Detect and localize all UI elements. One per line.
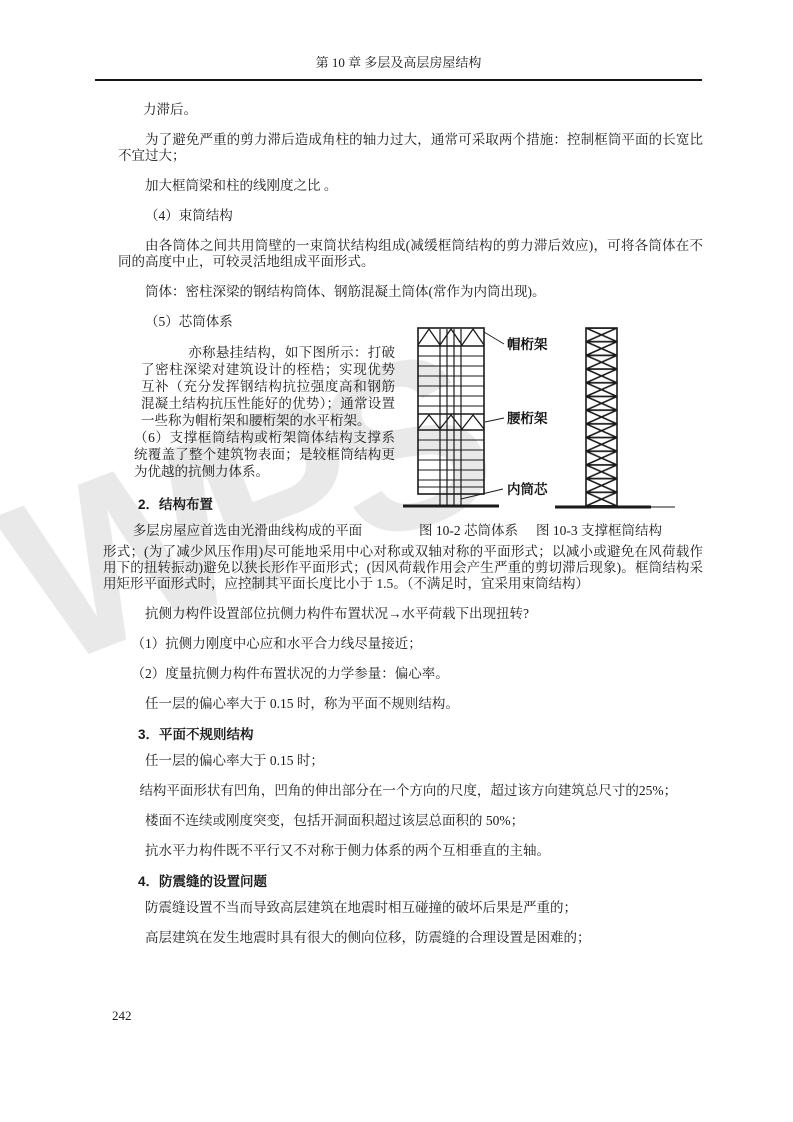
braced-tube-diagram	[555, 328, 675, 507]
figure-core-and-braced-tube: 帽桁架 腰桁架 内筒芯 图 10-2 芯筒体系 图 10-3 支撑框筒结构	[403, 318, 703, 540]
inner-core-label: 内筒芯	[507, 481, 548, 497]
figure-caption-10-3: 图 10-3 支撑框筒结构	[536, 522, 662, 540]
core-tube-diagram	[403, 328, 499, 506]
paragraph-bundled-tube: 由各筒体之间共用筒壁的一束筒状结构组成(减缓框筒结构的剪力滞后效应)，可将各筒体…	[118, 238, 703, 270]
structure-diagrams: 帽桁架 腰桁架 内筒芯	[403, 318, 703, 518]
paragraph-plan-shape-rest: 形式；(为了减少风压作用)尽可能地采用中心对称或双轴对称的平面形式；以减小或避免…	[103, 544, 703, 592]
subheading-bundled-tube: （4）束筒结构	[118, 208, 703, 224]
paragraph-item-2: （2）度量抗侧力构件布置状况的力学参量：偏心率。	[118, 666, 703, 682]
paragraph-eccentricity-2: 任一层的偏心率大于 0.15 时；	[118, 753, 703, 769]
chapter-header-title: 第 10 章 多层及高层房屋结构	[316, 55, 482, 70]
page-header: 第 10 章 多层及高层房屋结构	[95, 54, 702, 81]
page-number: 242	[112, 1008, 132, 1024]
paragraph-tube-types: 筒体：密柱深梁的钢结构筒体、钢筋混凝土筒体(常作为内筒出现)。	[118, 284, 703, 300]
document-body: 力滞后。 为了避免严重的剪力滞后造成角柱的轴力过大，通常可采取两个措施：控制框筒…	[103, 102, 703, 960]
hat-truss-label: 帽桁架	[507, 336, 548, 352]
heading-seismic-joint: 4．防震缝的设置问题	[138, 873, 703, 890]
figure-caption-10-2: 图 10-2 芯筒体系	[419, 522, 518, 540]
paragraph-eccentricity: 任一层的偏心率大于 0.15 时，称为平面不规则结构。	[118, 696, 703, 712]
waist-truss-label: 腰桁架	[507, 410, 548, 426]
paragraph-torsion-question: 抗侧力构件设置部位抗侧力构件布置状况→水平荷载下出现扭转?	[118, 606, 703, 622]
paragraph-shear-lag-tail: 力滞后。	[143, 102, 703, 118]
paragraph-concave-corner: 结构平面形状有凹角，凹角的伸出部分在一个方向的尺度，超过该方向建筑总尺寸的25%…	[103, 783, 703, 799]
paragraph-joint-collision: 防震缝设置不当而导致高层建筑在地震时相互碰撞的破坏后果是严重的；	[118, 900, 703, 916]
heading-plan-irregular: 3．平面不规则结构	[138, 726, 703, 743]
figure-caption: 图 10-2 芯筒体系 图 10-3 支撑框筒结构	[403, 522, 703, 540]
paragraph-stiffness-ratio: 加大框筒梁和柱的线刚度之比 。	[118, 178, 703, 194]
paragraph-two-measures: 为了避免严重的剪力滞后造成角柱的轴力过大，通常可采取两个措施：控制框筒平面的长宽…	[118, 132, 703, 164]
document-page: WPS 第 10 章 多层及高层房屋结构 力滞后。 为了避免严重的剪力滞后造成角…	[0, 0, 793, 1122]
paragraph-joint-difficulty: 高层建筑在发生地震时具有很大的侧向位移，防震缝的合理设置是困难的；	[118, 930, 703, 946]
paragraph-principal-axes: 抗水平力构件既不平行又不对称于侧力体系的两个互相垂直的主轴。	[118, 843, 703, 859]
paragraph-floor-discontinuity: 楼面不连续或刚度突变，包括开洞面积超过该层总面积的 50%；	[118, 813, 703, 829]
paragraph-item-1: （1）抗侧力刚度中心应和水平合力线尽量接近；	[118, 636, 703, 652]
